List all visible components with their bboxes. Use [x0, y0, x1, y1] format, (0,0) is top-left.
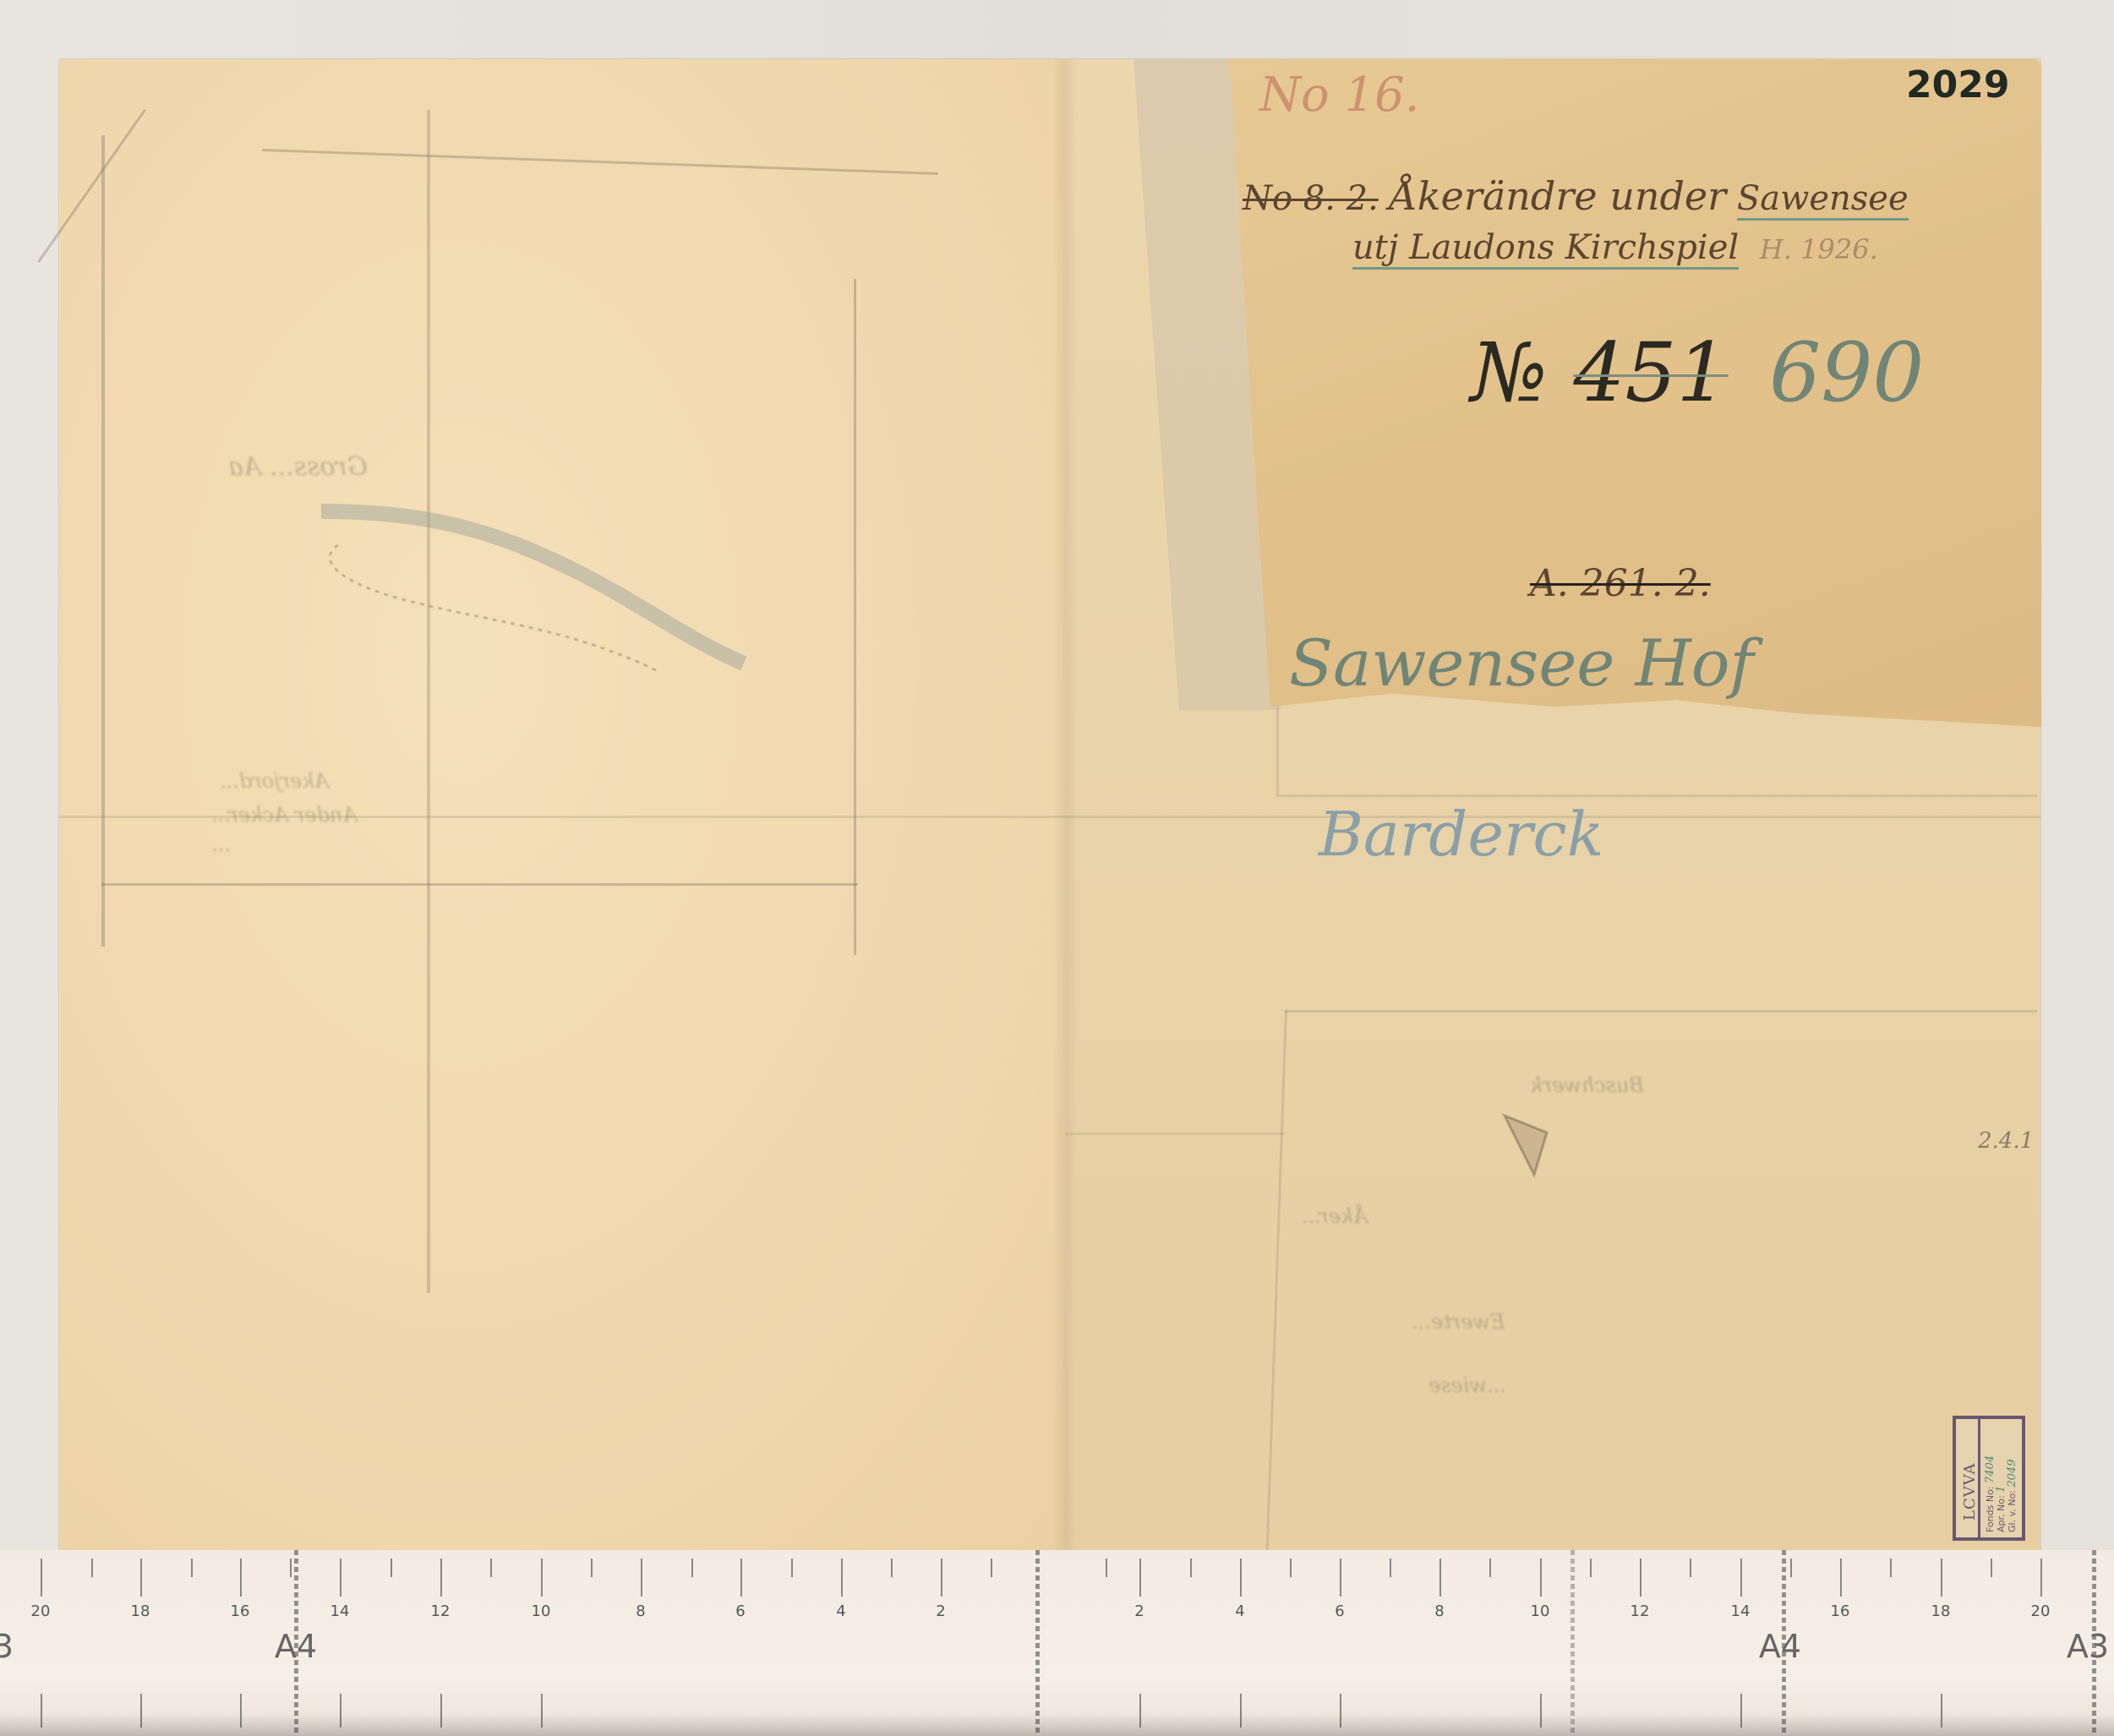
stamp-divider — [1978, 1419, 1980, 1537]
mirrored-text: Ewerte... — [1412, 1310, 1505, 1334]
line1-text: Åkerändre under — [1390, 173, 1727, 219]
label-line1: No 8. 2. Åkerändre under Sawensee — [1243, 173, 1909, 219]
sheet-left-panel — [59, 59, 1065, 1550]
ruler-label: 14 — [330, 1602, 350, 1620]
ruler-label: 10 — [1531, 1602, 1550, 1620]
mirrored-text: Åker... — [1302, 1204, 1368, 1228]
main-number: № 451 690 — [1471, 325, 1924, 420]
ruler-label: 2 — [936, 1602, 945, 1620]
frame-line — [101, 135, 105, 947]
ruler-label: 6 — [1335, 1602, 1344, 1620]
ruler-label: 18 — [1931, 1602, 1951, 1620]
river-sketch-icon — [321, 494, 761, 680]
parcel-sketch-icon — [1496, 1107, 1564, 1183]
title-pencil: Sawensee Hof — [1289, 625, 1754, 701]
ruler-label: 20 — [31, 1602, 51, 1620]
line1-place: Sawensee — [1737, 179, 1909, 221]
frame-line — [1285, 1010, 2037, 1013]
stamp-apr-label: Apr. No: — [1996, 1495, 2007, 1532]
frame-line — [101, 883, 858, 886]
right-edge-mark: 2.4.1 — [1978, 1128, 2034, 1154]
number-new: 690 — [1769, 325, 1924, 420]
measurement-ruler: 20 18 16 14 12 10 8 6 4 2 2 4 6 8 10 12 … — [0, 1550, 2114, 1736]
struck-reference: A. 261. 2. — [1530, 562, 1711, 605]
ruler-label: 12 — [431, 1602, 451, 1620]
ruler-label: 20 — [2031, 1602, 2051, 1620]
line2-margin: H. 1926. — [1760, 233, 1878, 265]
ruler-label: 16 — [1831, 1602, 1850, 1620]
second-title-pencil: Barderck — [1319, 799, 1603, 870]
stamp-glv-value: 2049 — [2006, 1460, 2018, 1488]
ruler-label: 14 — [1731, 1602, 1751, 1620]
stamp-glv-label: Gl. v. No: — [2007, 1490, 2018, 1532]
ruler-label: 16 — [231, 1602, 250, 1620]
frame-line — [1065, 1133, 1285, 1135]
line2-text: utj Laudons Kirchspiel — [1352, 228, 1739, 270]
struck-ref-text: A. 261. 2. — [1530, 562, 1711, 605]
mirrored-text: Akerjord... — [220, 769, 329, 793]
format-mark-a4: A4 — [275, 1628, 317, 1665]
ruler-label: 12 — [1631, 1602, 1650, 1620]
mirrored-text: ...wiese — [1428, 1373, 1506, 1397]
mirrored-text: ... — [211, 833, 231, 856]
format-mark: 3 — [0, 1628, 14, 1665]
mirrored-text: Ander Acker... — [211, 803, 358, 827]
stamp-fonds-label: Fonds No: — [1985, 1486, 1996, 1532]
old-number-red: No 16. — [1259, 68, 1420, 123]
format-mark-a3: A3 — [2067, 1628, 2109, 1665]
ruler-label: 8 — [636, 1602, 645, 1620]
number-sign: № — [1471, 325, 1548, 420]
frame-line — [854, 279, 856, 955]
ruler-label: 6 — [735, 1602, 745, 1620]
ruler-label: 8 — [1434, 1602, 1444, 1620]
ruler-label: 2 — [1134, 1602, 1144, 1620]
center-marker — [1570, 1550, 1575, 1736]
ruler-label: 10 — [532, 1602, 551, 1620]
ruler-label: 18 — [131, 1602, 150, 1620]
ruler-label: 4 — [1235, 1602, 1244, 1620]
stamp-fonds-value: 7404 — [1984, 1455, 1997, 1483]
meridian-line — [427, 110, 430, 1293]
ruler-label: 4 — [836, 1602, 845, 1620]
catalog-number: 2029 — [1906, 63, 2009, 106]
stamp-archive-name: LCVVA — [1961, 1462, 1979, 1520]
stamp-fields: Fonds No: 7404 Apr. No: 1 Gl. v. No: 204… — [1985, 1422, 2018, 1532]
line1-prefix: No 8. 2. — [1243, 179, 1379, 218]
label-line2: utj Laudons Kirchspiel H. 1926. — [1352, 228, 1878, 267]
mirrored-text: Buschwerk — [1530, 1073, 1644, 1097]
number-struck: 451 — [1573, 325, 1728, 420]
center-format-line — [1035, 1550, 1040, 1736]
format-mark-a4: A4 — [1759, 1628, 1801, 1665]
frame-line — [1276, 794, 2037, 797]
archive-stamp: LCVVA Fonds No: 7404 Apr. No: 1 Gl. v. N… — [1953, 1416, 2025, 1541]
center-fold — [1052, 59, 1078, 1550]
mirrored-text: Gross... Aa — [228, 452, 368, 482]
